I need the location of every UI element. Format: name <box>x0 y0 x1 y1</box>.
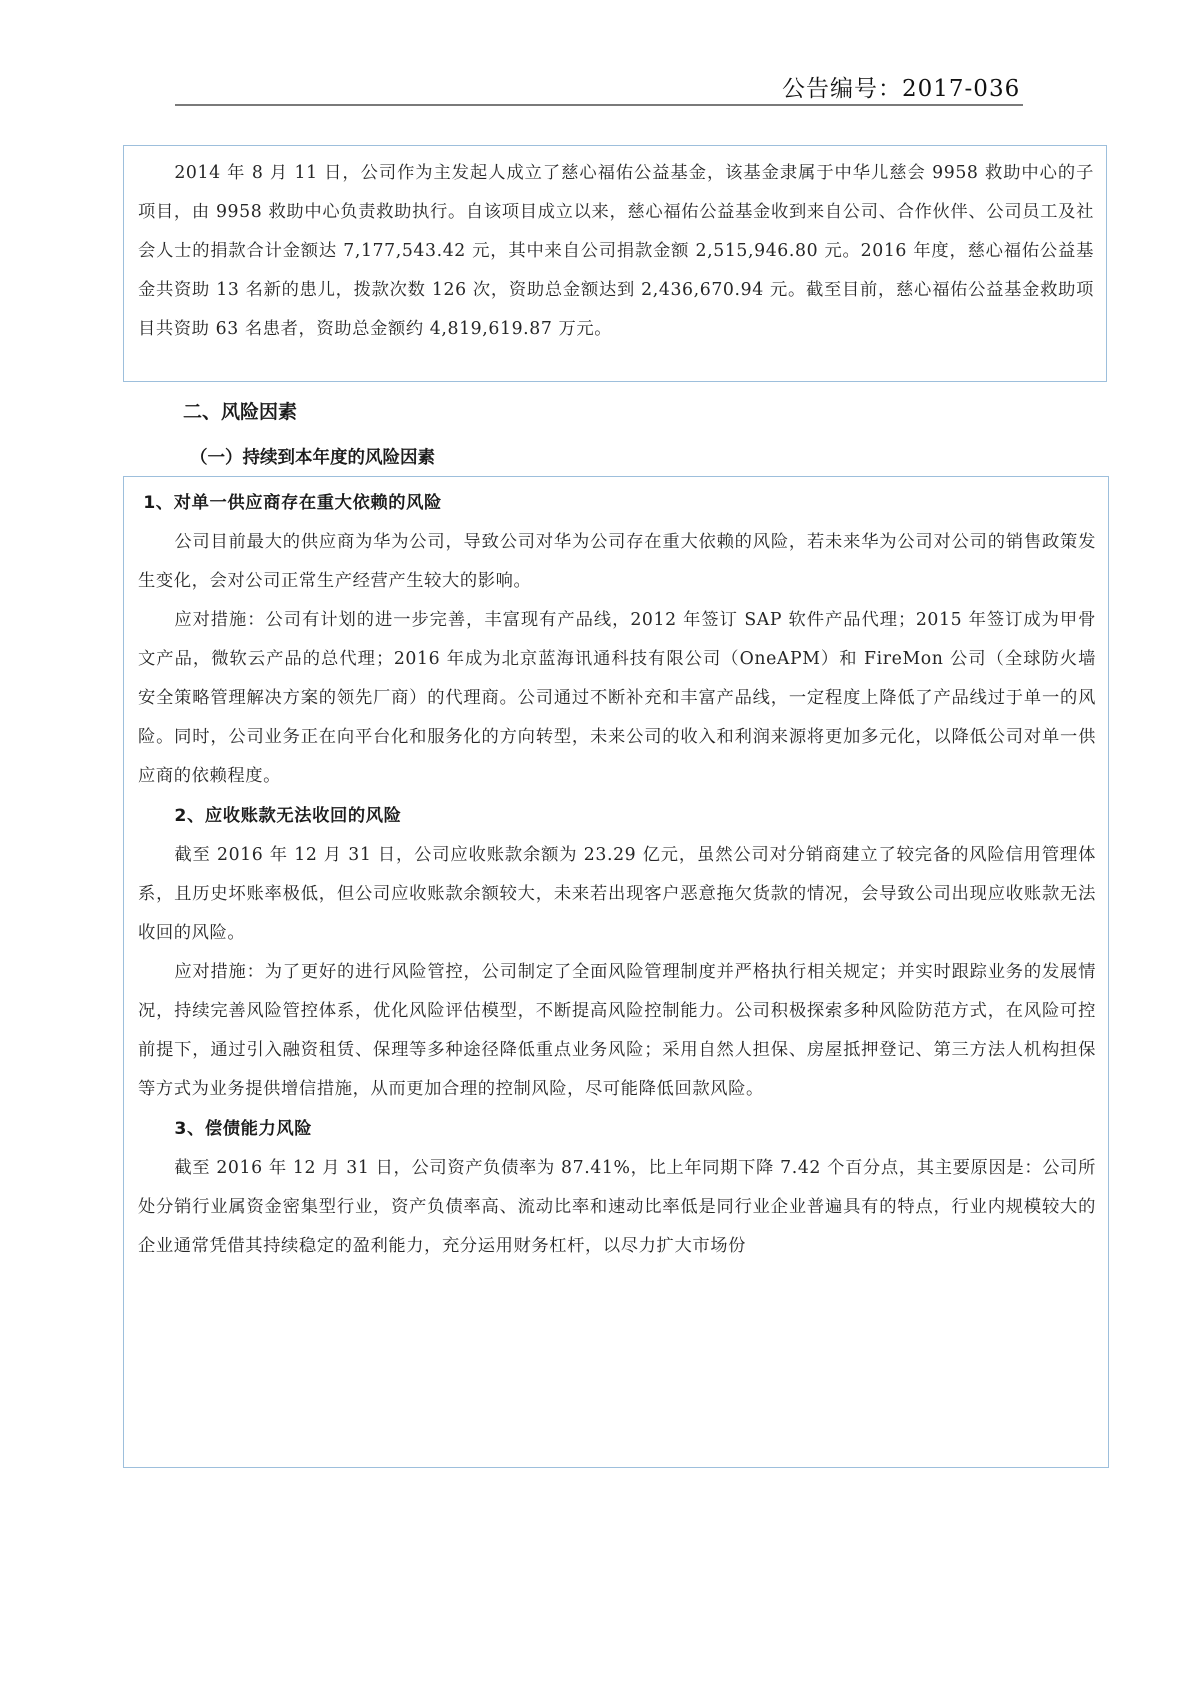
section-title: 二、风险因素 <box>183 397 297 424</box>
risk-paragraph: 应对措施：公司有计划的进一步完善，丰富现有产品线，2012 年签订 SAP 软件… <box>138 601 1096 796</box>
announcement-number: 公告编号：2017-036 <box>782 70 1020 103</box>
risk-factors-box: 1、对单一供应商存在重大依赖的风险 公司目前最大的供应商为华为公司，导致公司对华… <box>123 476 1109 1468</box>
risk-title-solvency: 3、偿债能力风险 <box>138 1109 1096 1149</box>
risk-paragraph: 截至 2016 年 12 月 31 日，公司应收账款余额为 23.29 亿元，虽… <box>138 836 1096 953</box>
charity-fund-paragraph: 2014 年 8 月 11 日，公司作为主发起人成立了慈心福佑公益基金，该基金隶… <box>138 154 1094 349</box>
risk-paragraph: 公司目前最大的供应商为华为公司，导致公司对华为公司存在重大依赖的风险，若未来华为… <box>138 523 1096 601</box>
risk-title-receivables: 2、应收账款无法收回的风险 <box>138 796 1096 836</box>
risk-paragraph: 应对措施：为了更好的进行风险管控，公司制定了全面风险管理制度并严格执行相关规定；… <box>138 953 1096 1109</box>
charity-fund-box: 2014 年 8 月 11 日，公司作为主发起人成立了慈心福佑公益基金，该基金隶… <box>123 145 1107 382</box>
section-subtitle: （一）持续到本年度的风险因素 <box>190 444 435 469</box>
header-divider <box>175 104 1023 106</box>
risk-title-supplier: 1、对单一供应商存在重大依赖的风险 <box>138 483 1096 523</box>
risk-paragraph: 截至 2016 年 12 月 31 日，公司资产负债率为 87.41%，比上年同… <box>138 1149 1096 1266</box>
